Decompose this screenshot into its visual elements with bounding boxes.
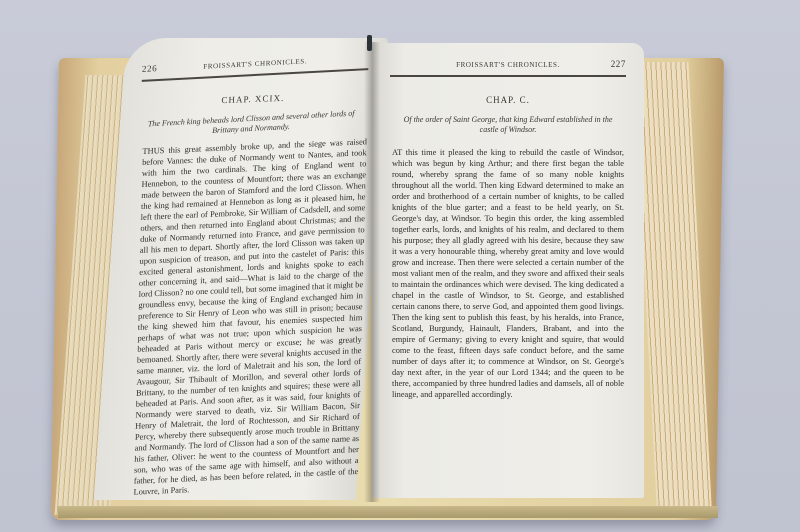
right-body-text: AT this time it pleased the king to rebu… xyxy=(392,147,624,400)
right-running-title: Froissart's Chronicles. xyxy=(390,61,626,69)
right-paragraph: AT this time it pleased the king to rebu… xyxy=(392,147,624,400)
left-chapter-summary: The French king beheads lord Clisson and… xyxy=(142,108,361,139)
right-page: Froissart's Chronicles. 227 CHAP. C. Of … xyxy=(372,43,644,498)
right-chapter-summary: Of the order of Saint George, that king … xyxy=(394,115,622,135)
left-chapter-heading: CHAP. XCIX. xyxy=(121,89,384,108)
book-bottom-board xyxy=(58,506,718,518)
bookmark-ribbon xyxy=(367,35,372,51)
right-page-number: 227 xyxy=(611,59,626,69)
right-running-head: Froissart's Chronicles. 227 xyxy=(390,57,626,77)
photo-scene: 226 Froissart's Chronicles. CHAP. XCIX. … xyxy=(0,0,800,532)
book-gutter xyxy=(364,42,380,502)
left-paragraph: THUS this great assembly broke up, and t… xyxy=(133,136,367,497)
left-running-head: 226 Froissart's Chronicles. xyxy=(142,50,369,82)
left-page: 226 Froissart's Chronicles. CHAP. XCIX. … xyxy=(94,38,388,500)
right-chapter-heading: CHAP. C. xyxy=(372,95,644,105)
left-running-title: Froissart's Chronicles. xyxy=(142,54,369,74)
left-body-text: THUS this great assembly broke up, and t… xyxy=(133,136,367,497)
